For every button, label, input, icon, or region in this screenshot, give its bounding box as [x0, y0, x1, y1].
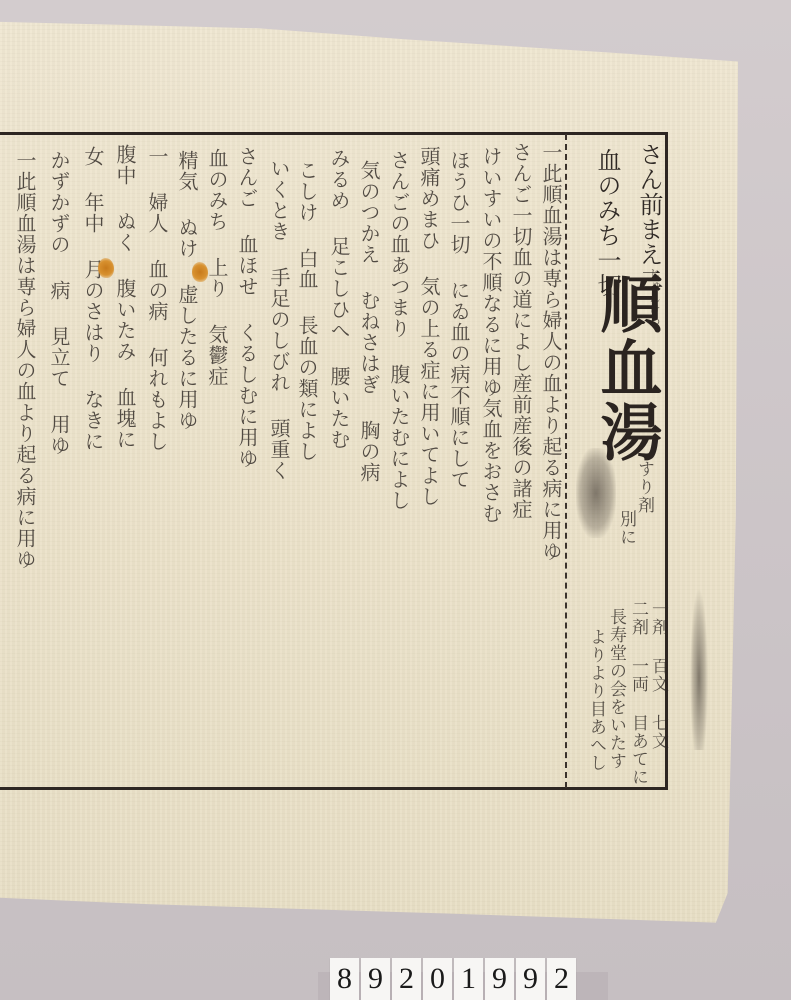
- side-note-2: 別に: [614, 510, 639, 546]
- product-title: 順血湯: [582, 272, 671, 464]
- label-digit: 9: [361, 958, 390, 1000]
- body-column: さんごの血あつまり 腹いたむによし: [388, 150, 410, 511]
- body-column: かずかずの 病 見立て 用ゆ: [48, 150, 70, 456]
- title-panel-divider: [565, 134, 567, 788]
- body-column: 一此順血湯は専ら婦人の血より起る病に用ゆ: [540, 142, 562, 562]
- rust-stain: [192, 262, 208, 282]
- body-column: 一此順血湯は専ら婦人の血より起る病に用ゆ: [14, 150, 36, 570]
- body-column: いくとき 手足のしびれ 頭重く: [268, 158, 290, 481]
- body-column: 頭痛めまひ 気の上る症に用いてよし: [418, 146, 440, 507]
- body-column: さんご 血ほせ くるしむに用ゆ: [236, 146, 258, 469]
- body-column: 精気 ぬけ 虚したるに用ゆ: [176, 150, 198, 431]
- body-column: ほうひ一切 にゐ血の病不順にして: [448, 150, 470, 490]
- label-digit: 2: [392, 958, 421, 1000]
- body-column: こしけ 白血 長血の類によし: [296, 160, 318, 462]
- body-column: けいすいの不順なるに用ゆ気血をおさむ: [480, 146, 502, 524]
- side-note-1: すり剤: [632, 460, 657, 514]
- lower-note-4: よりより目あへし: [584, 628, 609, 772]
- body-column: 女 年中 月のさはり なきに: [82, 146, 104, 452]
- label-digit: 0: [423, 958, 452, 1000]
- body-column: さんご一切血の道によし産前産後の諸症: [510, 142, 532, 520]
- label-digit: 2: [547, 958, 576, 1000]
- lower-note-2: 二剤 一両 目あてに: [626, 600, 651, 786]
- accession-number-label: 8 9 2 0 1 9 9 2: [330, 958, 576, 1000]
- label-digit: 1: [454, 958, 483, 1000]
- label-digit: 9: [516, 958, 545, 1000]
- body-column: 気のつかえ むねさはぎ 胸の病: [358, 160, 380, 483]
- body-column: みるめ 足こしひへ 腰いたむ: [328, 148, 350, 450]
- rust-stain: [98, 258, 114, 278]
- body-column: 腹中 ぬく 腹いたみ 血塊に: [114, 144, 136, 450]
- label-digit: 9: [485, 958, 514, 1000]
- ink-bleed-edge: [690, 590, 708, 750]
- label-digit: 8: [330, 958, 359, 1000]
- ink-smudge: [576, 448, 616, 538]
- body-column: 血のみち 上り 気鬱症: [206, 148, 228, 387]
- body-column: 一 婦人 血の病 何れもよし: [146, 146, 168, 452]
